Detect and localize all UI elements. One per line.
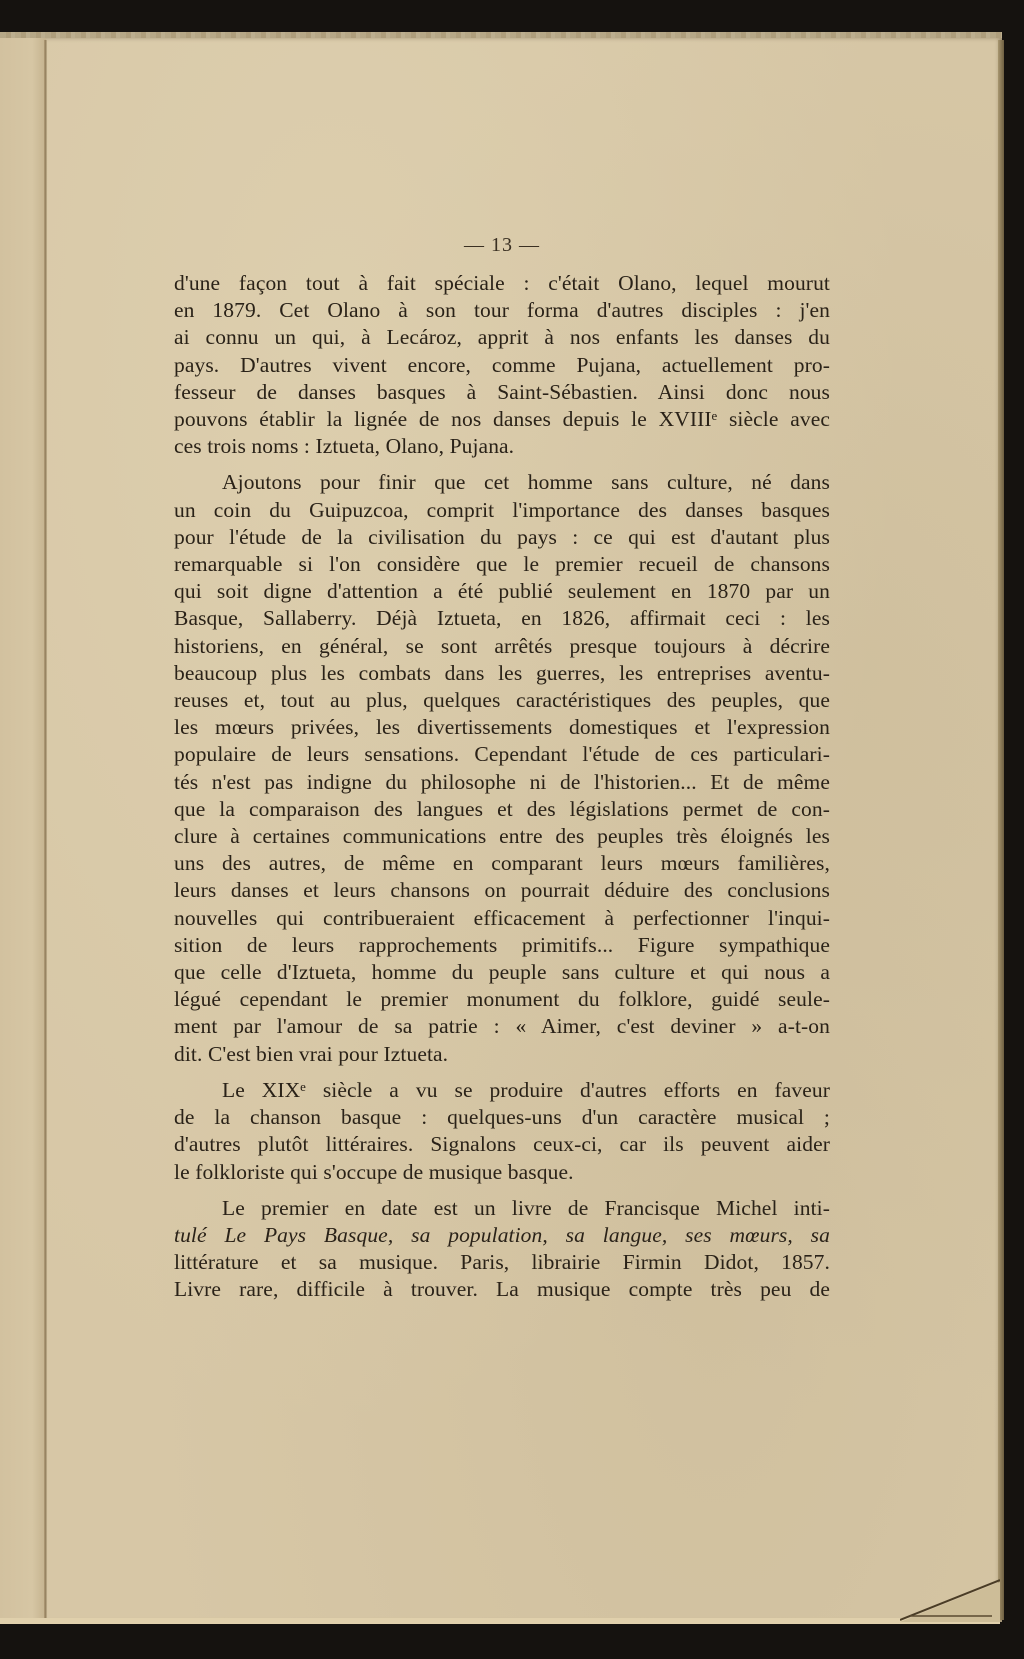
text-line: pays. D'autres vivent encore, comme Puja…: [174, 352, 830, 379]
paragraph-3: Le XIXᵉ siècle a vu se produire d'autres…: [174, 1077, 830, 1186]
paragraph-1: d'une façon tout à fait spéciale : c'éta…: [174, 270, 830, 460]
text-line: de la chanson basque : quelques-uns d'un…: [174, 1104, 830, 1131]
text-line: Ajoutons pour finir que cet homme sans c…: [174, 469, 830, 496]
text-line: d'une façon tout à fait spéciale : c'éta…: [174, 270, 830, 297]
page-text: — 13 — d'une façon tout à fait spéciale …: [174, 232, 830, 1304]
text-line: ces trois noms : Iztueta, Olano, Pujana.: [174, 433, 830, 460]
text-line: Livre rare, difficile à trouver. La musi…: [174, 1276, 830, 1303]
text-line: qui soit digne d'attention a été publié …: [174, 578, 830, 605]
text-line: historiens, en général, se sont arrêtés …: [174, 633, 830, 660]
folded-corner: [900, 1560, 1000, 1622]
text-line: uns des autres, de même en comparant leu…: [174, 850, 830, 877]
text-line: d'autres plutôt littéraires. Signalons c…: [174, 1131, 830, 1158]
text-line: légué cependant le premier monument du f…: [174, 986, 830, 1013]
paragraph-4: Le premier en date est un livre de Franc…: [174, 1195, 830, 1304]
text-line: le folkloriste qui s'occupe de musique b…: [174, 1159, 830, 1186]
text-line: les mœurs privées, les divertissements d…: [174, 714, 830, 741]
text-line: dit. C'est bien vrai pour Iztueta.: [174, 1041, 830, 1068]
text-line: Basque, Sallaberry. Déjà Iztueta, en 182…: [174, 605, 830, 632]
text-line: que la comparaison des langues et des lé…: [174, 796, 830, 823]
text-line: Le premier en date est un livre de Franc…: [174, 1195, 830, 1222]
text-line: ai connu un qui, à Lecároz, apprit à nos…: [174, 324, 830, 351]
text-line: nouvelles qui contribueraient efficaceme…: [174, 905, 830, 932]
text-line: beaucoup plus les combats dans les guerr…: [174, 660, 830, 687]
previous-leaf-edge: [0, 38, 46, 1622]
text-line: un coin du Guipuzcoa, comprit l'importan…: [174, 497, 830, 524]
text-line: sition de leurs rapprochements primitifs…: [174, 932, 830, 959]
text-line: littérature et sa musique. Paris, librai…: [174, 1249, 830, 1276]
text-line: en 1879. Cet Olano à son tour forma d'au…: [174, 297, 830, 324]
page-bottom-edge: [0, 1618, 1000, 1624]
text-line: fesseur de danses basques à Saint-Sébast…: [174, 379, 830, 406]
page-number: — 13 —: [174, 232, 830, 258]
paragraph-2: Ajoutons pour finir que cet homme sans c…: [174, 469, 830, 1067]
text-line: leurs danses et leurs chansons on pourra…: [174, 877, 830, 904]
text-line: populaire de leurs sensations. Cependant…: [174, 741, 830, 768]
text-line: pouvons établir la lignée de nos danses …: [174, 406, 830, 433]
page-right-edge: [998, 40, 1004, 1620]
text-line: remarquable si l'on considère que le pre…: [174, 551, 830, 578]
scanned-book-page: — 13 — d'une façon tout à fait spéciale …: [0, 0, 1024, 1659]
text-line: clure à certaines communications entre d…: [174, 823, 830, 850]
text-line: que celle d'Iztueta, homme du peuple san…: [174, 959, 830, 986]
text-line: ment par l'amour de sa patrie : « Aimer,…: [174, 1013, 830, 1040]
text-line: Le XIXᵉ siècle a vu se produire d'autres…: [174, 1077, 830, 1104]
text-line: reuses et, tout au plus, quelques caract…: [174, 687, 830, 714]
gutter-line: [44, 40, 47, 1620]
text-line: tulé Le Pays Basque, sa population, sa l…: [174, 1222, 830, 1249]
text-line: pour l'étude de la civilisation du pays …: [174, 524, 830, 551]
text-line: tés n'est pas indigne du philosophe ni d…: [174, 769, 830, 796]
